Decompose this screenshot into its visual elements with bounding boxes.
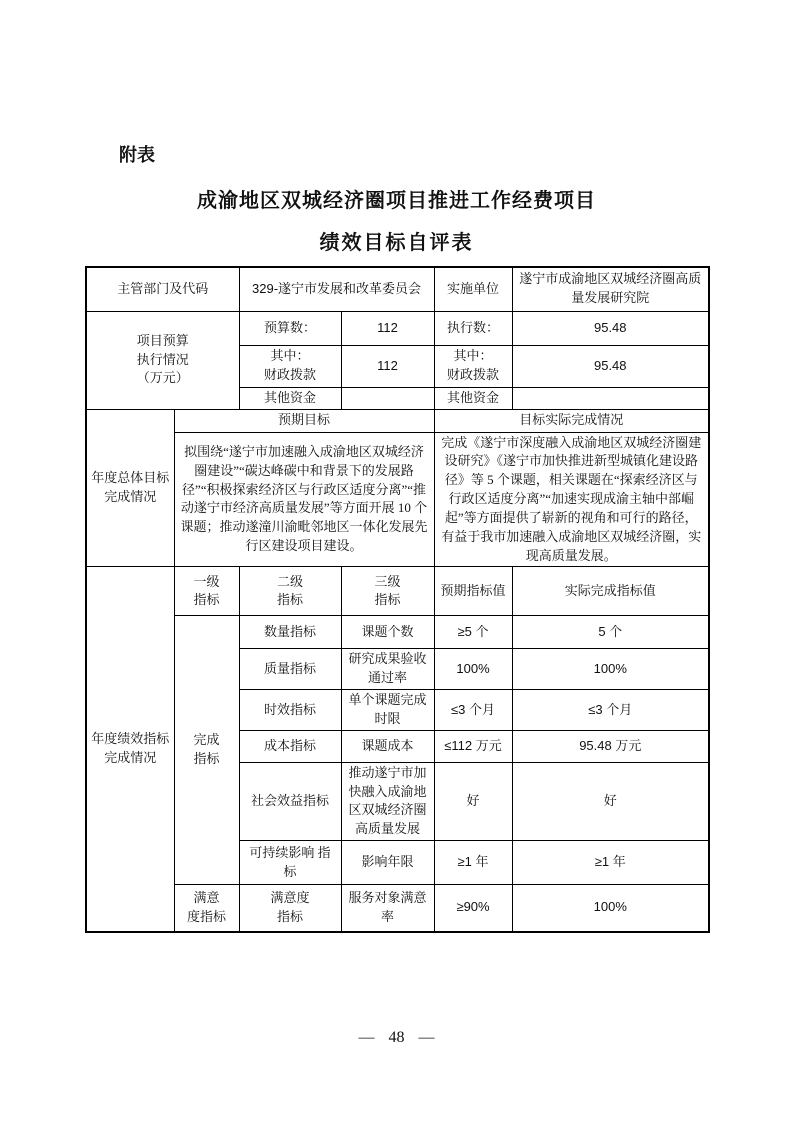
indicator-expected: ≤112 万元 <box>434 730 512 762</box>
dept-code-value: 329-遂宁市发展和改革委员会 <box>239 267 434 311</box>
indicator-actual: ≤3 个月 <box>512 690 709 731</box>
indicator-level3: 服务对象满意 率 <box>341 885 434 932</box>
exec-number-value: 95.48 <box>512 311 709 345</box>
level1-header: 一级 指标 <box>174 567 239 616</box>
indicator-expected: 好 <box>434 762 512 840</box>
indicator-expected: ≥5 个 <box>434 616 512 649</box>
indicator-level2: 成本指标 <box>239 730 341 762</box>
indicator-expected: ≥90% <box>434 885 512 932</box>
other-funds-budget-label: 其他资金 <box>239 387 341 409</box>
indicator-actual: 95.48 万元 <box>512 730 709 762</box>
group-complete-label: 完成 指标 <box>174 616 239 885</box>
impl-unit-value: 遂宁市成渝地区双城经济圈高质量发展研究院 <box>512 267 709 311</box>
fiscal-budget-label: 其中： 财政拨款 <box>239 345 341 387</box>
indicator-level3: 课题个数 <box>341 616 434 649</box>
document-page: 附表 成渝地区双城经济圈项目推进工作经费项目 绩效目标自评表 主管部门及代码 3… <box>0 0 793 1122</box>
other-funds-exec-label: 其他资金 <box>434 387 512 409</box>
indicator-expected: 100% <box>434 649 512 690</box>
other-funds-exec-value <box>512 387 709 409</box>
table-row: 年度总体目标 完成情况 预期目标 目标实际完成情况 <box>86 409 709 432</box>
indicators-section-label: 年度绩效指标 完成情况 <box>86 567 174 932</box>
indicator-level2: 数量指标 <box>239 616 341 649</box>
expected-value-header: 预期指标值 <box>434 567 512 616</box>
exec-number-label: 执行数： <box>434 311 512 345</box>
fiscal-exec-value: 95.48 <box>512 345 709 387</box>
table-row: 年度绩效指标 完成情况 一级 指标 二级 指标 三级 指标 预期指标值 实际完成… <box>86 567 709 616</box>
actual-value-header: 实际完成指标值 <box>512 567 709 616</box>
annual-goal-section-label: 年度总体目标 完成情况 <box>86 409 174 567</box>
other-funds-budget-value <box>341 387 434 409</box>
doc-title-line1: 成渝地区双城经济圈项目推进工作经费项目 <box>0 184 793 213</box>
indicator-level3: 影响年限 <box>341 841 434 885</box>
indicator-level2: 满意度 指标 <box>239 885 341 932</box>
indicator-level2: 可持续影响 指标 <box>239 841 341 885</box>
indicator-level3: 单个课题完成 时限 <box>341 690 434 731</box>
dept-code-label: 主管部门及代码 <box>86 267 239 311</box>
expected-goal-text: 拟围绕“遂宁市加速融入成渝地区双城经济圈建设”“碳达峰碳中和背景下的发展路径”“… <box>174 432 434 567</box>
indicator-actual: 好 <box>512 762 709 840</box>
indicator-level2: 社会效益指标 <box>239 762 341 840</box>
indicator-level3: 推动遂宁市加 快融入成渝地 区双城经济圈 高质量发展 <box>341 762 434 840</box>
doc-title-line2: 绩效目标自评表 <box>0 226 793 255</box>
indicator-actual: 100% <box>512 885 709 932</box>
budget-number-value: 112 <box>341 311 434 345</box>
page-number: — 48 — <box>0 1029 793 1047</box>
table-row: 满意 度指标 满意度 指标 服务对象满意 率 ≥90% 100% <box>86 885 709 932</box>
indicator-level3: 课题成本 <box>341 730 434 762</box>
table-row: 完成 指标 数量指标 课题个数 ≥5 个 5 个 <box>86 616 709 649</box>
indicator-actual: 5 个 <box>512 616 709 649</box>
level3-header: 三级 指标 <box>341 567 434 616</box>
table-row: 拟围绕“遂宁市加速融入成渝地区双城经济圈建设”“碳达峰碳中和背景下的发展路径”“… <box>86 432 709 567</box>
indicator-expected: ≤3 个月 <box>434 690 512 731</box>
expected-goal-header: 预期目标 <box>174 409 434 432</box>
actual-goal-header: 目标实际完成情况 <box>434 409 709 432</box>
indicator-level2: 时效指标 <box>239 690 341 731</box>
level2-header: 二级 指标 <box>239 567 341 616</box>
indicator-level3: 研究成果验收 通过率 <box>341 649 434 690</box>
table-row: 主管部门及代码 329-遂宁市发展和改革委员会 实施单位 遂宁市成渝地区双城经济… <box>86 267 709 311</box>
table-row: 项目预算 执行情况 （万元） 预算数： 112 执行数： 95.48 <box>86 311 709 345</box>
group-satisfaction-label: 满意 度指标 <box>174 885 239 932</box>
fiscal-budget-value: 112 <box>341 345 434 387</box>
self-evaluation-table: 主管部门及代码 329-遂宁市发展和改革委员会 实施单位 遂宁市成渝地区双城经济… <box>85 266 710 933</box>
budget-number-label: 预算数： <box>239 311 341 345</box>
attachment-tag: 附表 <box>119 141 155 167</box>
actual-goal-text: 完成《遂宁市深度融入成渝地区双城经济圈建设研究》《遂宁市加快推进新型城镇化建设路… <box>434 432 709 567</box>
indicator-actual: ≥1 年 <box>512 841 709 885</box>
fiscal-exec-label: 其中： 财政拨款 <box>434 345 512 387</box>
impl-unit-label: 实施单位 <box>434 267 512 311</box>
indicator-expected: ≥1 年 <box>434 841 512 885</box>
indicator-actual: 100% <box>512 649 709 690</box>
indicator-level2: 质量指标 <box>239 649 341 690</box>
budget-section-label: 项目预算 执行情况 （万元） <box>86 311 239 409</box>
